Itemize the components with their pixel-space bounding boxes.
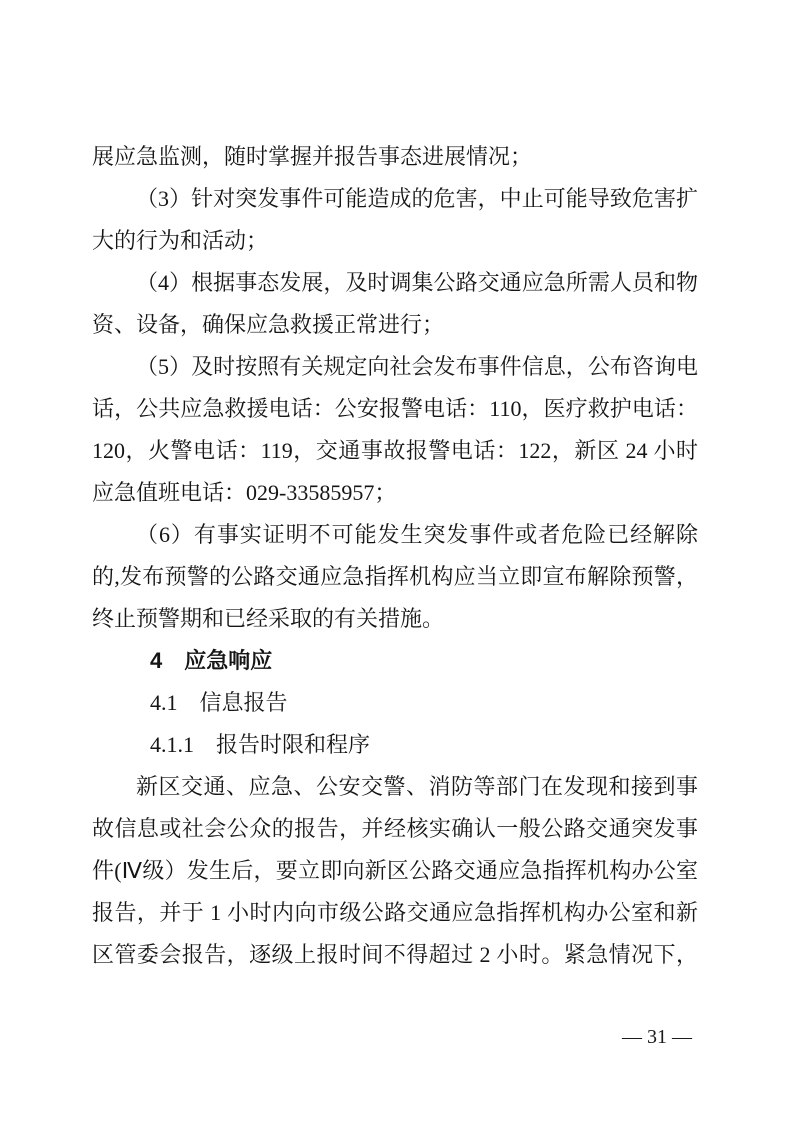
document-body: 展应急监测，随时掌握并报告事态进展情况；（3）针对突发事件可能造成的危害，中止可… — [92, 136, 698, 976]
text-line: 新区交通、应急、公安交警、消防等部门在发现和接到事 — [92, 766, 698, 808]
text-line: 应急值班电话：029-33585957； — [92, 472, 698, 514]
document-page: 展应急监测，随时掌握并报告事态进展情况；（3）针对突发事件可能造成的危害，中止可… — [0, 0, 794, 1123]
text-line: 报告，并于 1 小时内向市级公路交通应急指挥机构办公室和新 — [92, 892, 698, 934]
text-line: 的,发布预警的公路交通应急指挥机构应当立即宣布解除预警， — [92, 556, 698, 598]
text-line: 4 应急响应 — [92, 640, 698, 682]
text-line: 120，火警电话：119，交通事故报警电话：122，新区 24 小时 — [92, 430, 698, 472]
text-line: （3）针对突发事件可能造成的危害，中止可能导致危害扩 — [92, 178, 698, 220]
text-line: 区管委会报告，逐级上报时间不得超过 2 小时。紧急情况下， — [92, 934, 698, 976]
text-line: 资、设备，确保应急救援正常进行； — [92, 304, 698, 346]
text-line: （6）有事实证明不可能发生突发事件或者危险已经解除 — [92, 514, 698, 556]
page-number: — 31 — — [92, 1022, 698, 1052]
text-line: 4.1.1 报告时限和程序 — [92, 724, 698, 766]
text-line: 大的行为和活动； — [92, 220, 698, 262]
text-line: （5）及时按照有关规定向社会发布事件信息，公布咨询电 — [92, 346, 698, 388]
text-line: 4.1 信息报告 — [92, 682, 698, 724]
text-line: 故信息或社会公众的报告，并经核实确认一般公路交通突发事 — [92, 808, 698, 850]
text-line: 展应急监测，随时掌握并报告事态进展情况； — [92, 136, 698, 178]
text-line: （4）根据事态发展，及时调集公路交通应急所需人员和物 — [92, 262, 698, 304]
text-line: 终止预警期和已经采取的有关措施。 — [92, 598, 698, 640]
text-line: 件(Ⅳ级）发生后，要立即向新区公路交通应急指挥机构办公室 — [92, 850, 698, 892]
text-line: 话，公共应急救援电话：公安报警电话：110，医疗救护电话： — [92, 388, 698, 430]
